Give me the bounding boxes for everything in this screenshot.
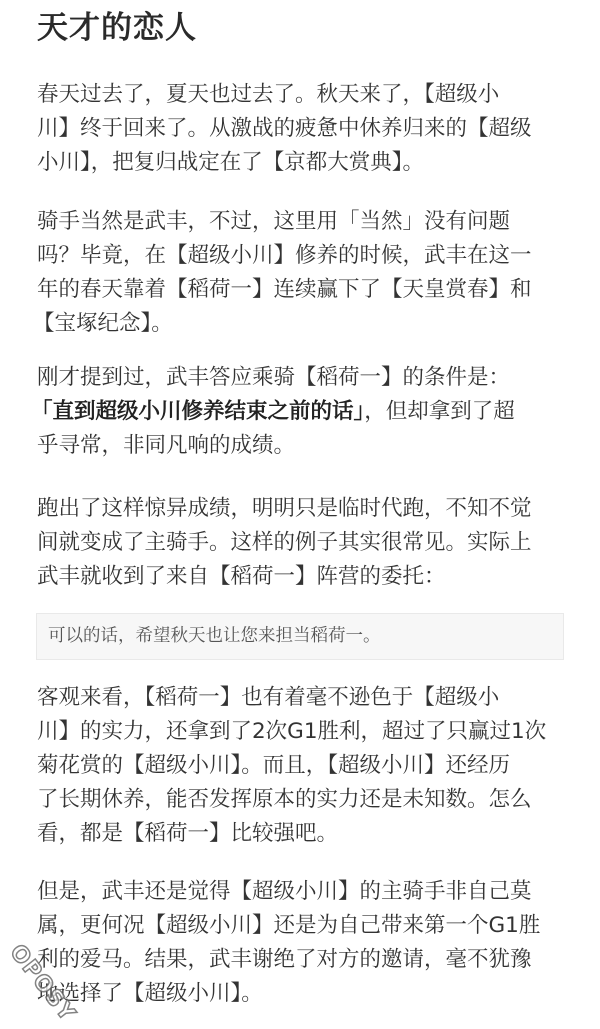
paragraph-line: 地选择了【超级小川】。 <box>37 977 540 1011</box>
blockquote: 可以的话，希望秋天也让您来担当稻荷一。 <box>36 613 564 660</box>
paragraph-line: 「直到超级小川修养结束之前的话」，但却拿到了超 <box>31 395 515 429</box>
paragraph-text: ，但却拿到了超 <box>364 399 515 424</box>
paragraph-line: 武丰就收到了来自【稻荷一】阵营的委托： <box>37 560 532 594</box>
emphasized-quote: 「直到超级小川修养结束之前的话」 <box>31 399 364 424</box>
paragraph-line: 利的爱马。结果，武丰谢绝了对方的邀请，毫不犹豫 <box>37 943 540 977</box>
paragraph-line: 【宝塚纪念】。 <box>33 307 532 341</box>
paragraph-line: 菊花赏的【超级小川】。而且，【超级小川】还经历 <box>37 749 546 783</box>
paragraph-line: 客观来看，【稻荷一】也有着毫不逊色于【超级小 <box>37 681 546 715</box>
paragraph-line: 川】终于回来了。从激战的疲惫中休养归来的【超级 <box>37 112 532 146</box>
paragraph-3: 刚才提到过，武丰答应乘骑【稻荷一】的条件是： 「直到超级小川修养结束之前的话」，… <box>37 361 515 463</box>
paragraph-line: 但是，武丰还是觉得【超级小川】的主骑手非自己莫 <box>37 875 540 909</box>
paragraph-line: 了长期休养，能否发挥原本的实力还是未知数。怎么 <box>37 783 546 817</box>
paragraph-line: 春天过去了，夏天也过去了。秋天来了，【超级小 <box>37 78 532 112</box>
paragraph-line: 川】的实力，还拿到了2次G1胜利，超过了只赢过1次 <box>37 715 546 749</box>
paragraph-4: 跑出了这样惊异成绩，明明只是临时代跑，不知不觉 间就变成了主骑手。这样的例子其实… <box>37 492 532 594</box>
paragraph-line: 刚才提到过，武丰答应乘骑【稻荷一】的条件是： <box>37 361 515 395</box>
paragraph-line: 看，都是【稻荷一】比较强吧。 <box>37 817 546 851</box>
paragraph-line: 骑手当然是武丰，不过，这里用「当然」没有问题 <box>37 205 532 239</box>
blockquote-text: 可以的话，希望秋天也让您来担当稻荷一。 <box>48 614 381 659</box>
paragraph-line: 跑出了这样惊异成绩，明明只是临时代跑，不知不觉 <box>37 492 532 526</box>
paragraph-line: 乎寻常，非同凡响的成绩。 <box>37 429 515 463</box>
paragraph-line: 年的春天靠着【稻荷一】连续赢下了【天皇赏春】和 <box>37 273 532 307</box>
paragraph-line: 间就变成了主骑手。这样的例子其实很常见。实际上 <box>37 526 532 560</box>
paragraph-line: 小川】，把复归战定在了【京都大赏典】。 <box>37 146 532 180</box>
article-title: 天才的恋人 <box>37 8 197 48</box>
paragraph-line: 属，更何况【超级小川】还是为自己带来第一个G1胜 <box>37 909 540 943</box>
paragraph-6: 但是，武丰还是觉得【超级小川】的主骑手非自己莫 属，更何况【超级小川】还是为自己… <box>37 875 540 1011</box>
paragraph-1: 春天过去了，夏天也过去了。秋天来了，【超级小 川】终于回来了。从激战的疲惫中休养… <box>37 78 532 180</box>
paragraph-5: 客观来看，【稻荷一】也有着毫不逊色于【超级小 川】的实力，还拿到了2次G1胜利，… <box>37 681 546 851</box>
paragraph-line: 吗？毕竟，在【超级小川】修养的时候，武丰在这一 <box>37 239 532 273</box>
paragraph-2: 骑手当然是武丰，不过，这里用「当然」没有问题 吗？毕竟，在【超级小川】修养的时候… <box>37 205 532 341</box>
